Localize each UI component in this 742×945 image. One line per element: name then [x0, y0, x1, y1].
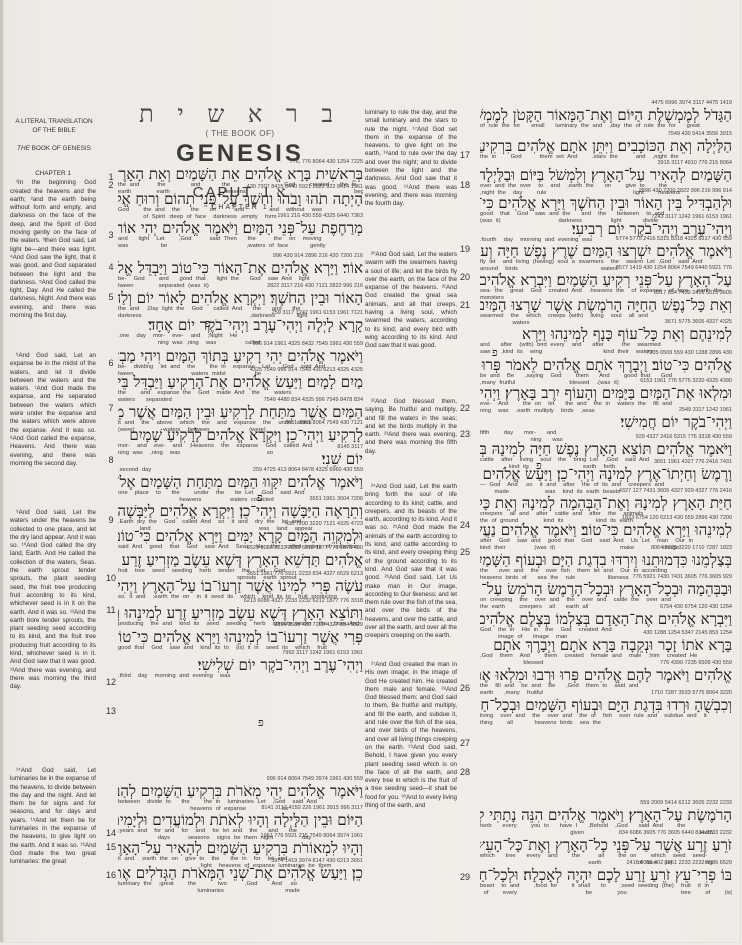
hebrew-text: אוֹר׃ וַיַּרְא אֱלֹהִים אֶת־הָאוֹר כִּי־…	[118, 260, 363, 276]
interlinear-row: 3974 1419 3974 8147 430 6213 3651כֵן׃ וַ…	[118, 858, 363, 895]
strongs-numbers: 776 4390 7235 6509 430 559	[480, 660, 732, 667]
strongs-numbers: 1961 776 5921 215 7549 8064 3974 1961	[118, 833, 363, 840]
hebrew-text: וַיֹּאמֶר אֱלֹהִים יְהִי רָקִיעַ בְּתוֹך…	[118, 348, 363, 364]
strongs-numbers: 8145 3117	[118, 444, 363, 451]
strongs-numbers: 8064 5775 3220 1710 7287 1823	[480, 545, 732, 552]
english-paragraph-4: ¹⁴And God said, Let luminaries be in the…	[10, 767, 96, 867]
translation-header-line1: A LITERAL TRANSLATION	[10, 117, 98, 126]
english-paragraph-3: ⁹And God said, Let the waters under the …	[10, 509, 96, 692]
hebrew-text: אֱלֹהִים תַּדְשֵׁא הָאָרֶץ דֶּשֶׁא עֵשֶׂ…	[118, 552, 363, 568]
hebrew-text: וּמִלְאוּ אֶת־הַמַּיִם בַּיַּמִּים וְהָע…	[480, 385, 732, 401]
hebrew-text: הָרֹמֶשֶׂת עַל־הָאָרֶץ׃ וַיֹּאמֶר אֱלֹהִ…	[480, 807, 732, 823]
english-text: ⁹And God said, Let the waters under the …	[10, 509, 96, 692]
verse-number: 14	[104, 828, 118, 838]
strongs-numbers: 5774 5775 2416 5315 8318 4325 8317 430 5…	[480, 236, 732, 243]
strongs-numbers: 996 914 8064 7549 3974 1961 430 559	[118, 776, 363, 783]
verse-number: 12	[104, 677, 118, 687]
strongs-numbers: 1710 7287 3533 5775 8064 3220	[480, 690, 732, 697]
hebrew-text: בְּרֵאשִׁית בָּרָא אֱלֹהִים אֵת הַשָּׁמַ…	[118, 166, 363, 182]
strongs-numbers: 929 4327 2416 5315 776 3318 430 559	[480, 434, 732, 441]
strongs-numbers: 259 3117 1242 1961 6153 1961 7121	[118, 310, 363, 317]
english-paragraph-1: CHAPTER 1 ¹In the beginning God created …	[10, 170, 96, 320]
strongs-numbers: 430 7307 8415 6440 5921 2822 922 8414 19…	[118, 184, 363, 191]
verse-number: 3	[104, 230, 118, 240]
strongs-numbers: 259 4725 413 8064 8478 4325 6960 430 559	[118, 467, 363, 474]
verse-number: 22	[458, 403, 472, 413]
hebrew-text: חַיַּת הָאָרֶץ לְמִינָהּ וְאֶת־הַבְּהֵמָ…	[480, 495, 732, 511]
translation-header-line2: OF THE BIBLE	[10, 126, 98, 135]
hebrew-text: הַגָּדֹל לְמֶמְשֶׁלֶת הַיּוֹם וְאֶת־הַמָ…	[480, 107, 732, 123]
strongs-numbers: 7549 4480 834 4325 996 7549 8478 834	[118, 397, 363, 404]
hebrew-text: מְרַחֶפֶת עַל־פְּנֵי הַמָּיִם׃ וַיֹּאמֶר…	[118, 220, 363, 236]
hebrew-text: וַיְהִי־עֶרֶב וַיְהִי־בֹקֶר יוֹם רְבִיעִ…	[480, 221, 732, 237]
verse-number: 24	[458, 520, 472, 530]
hebrew-text: בְּצַלְמֵנוּ כִּדְמוּתֵנוּ וְיִרְדּוּ בִ…	[480, 552, 732, 568]
verse-number: 29	[458, 872, 472, 882]
interlinear-row: 7992 3117 1242 1961 6153 1961וַיְהִי־עֶר…	[118, 650, 363, 687]
hebrew-text: יוֹם שֵׁנִי׃	[118, 451, 363, 467]
english-paragraph-7: ²²And God blessed them, saying, Be fruit…	[365, 398, 457, 456]
verse-number: 23	[458, 429, 472, 439]
hebrew-text: עֹשֶׂה פְּרִי לְמִינוֹ אֲשֶׁר זַרְעוֹ־בו…	[118, 578, 363, 594]
english-text: luminary to rule the day, and the small …	[365, 109, 457, 209]
verse-number: 15	[104, 842, 118, 852]
hebrew-text: הַמַּיִם אֲשֶׁר מִתַּחַת לָרָקִיעַ וּבֵי…	[118, 404, 363, 420]
book-page: A LITERAL TRANSLATION OF THE BIBLE THE B…	[0, 0, 741, 943]
hebrew-text: הַיּוֹם וּבֵין הַלָּיְלָה וְהָיוּ לְאֹתֹ…	[118, 812, 363, 828]
hebrew-text: הָאוֹר וּבֵין הַחֹשֶׁךְ׃ וַיִּקְרָא אֱלֹ…	[118, 290, 363, 306]
hebrew-text: בּוֹ פְרִי־עֵץ זֹרֵעַ זָרַע לָכֶם יִהְיֶ…	[480, 867, 732, 883]
verse-number: 13	[104, 706, 118, 716]
hebrew-text: קָרָא לָיְלָה וַיְהִי־עֶרֶב וַיְהִי־בֹקֶ…	[118, 317, 363, 333]
strongs-numbers: 834 6086 3605 776 3605 6440 834 2233 223…	[480, 830, 732, 837]
english-paragraph-6: ²⁰And God said, Let the waters swarm wit…	[365, 251, 457, 351]
strongs-numbers: 2896 3588 430 7200 4327 834 6529	[118, 622, 363, 629]
strongs-numbers: 7243 3117 1242 1961 6153 1961	[480, 214, 732, 221]
page-binding	[0, 0, 3, 942]
hebrew-text: וּלְמִקְוֵה הַמַּיִם קָרָא יַמִּים וַיַּ…	[118, 528, 363, 544]
hebrew-text: כֵן׃ וַיַּעַשׂ אֱלֹהִים אֶת־שְׁנֵי הַמְּ…	[118, 865, 363, 881]
strongs-numbers: 8317 834 7430 2416 5315 3605	[480, 290, 732, 297]
english-paragraph-5: luminary to rule the day, and the small …	[365, 109, 457, 209]
hebrew-text: וְכִבְשֻׁהָ וּרְדוּ בִּדְגַת הַיָּם וּבְ…	[480, 697, 732, 713]
english-text: ¹In the beginning God created the heaven…	[10, 179, 96, 320]
hebrew-text: אֱלֹהִים וַיֹּאמֶר לָהֶם אֱלֹהִים פְּרוּ…	[480, 667, 732, 683]
strongs-numbers: 7549 430 5414 3556 3915	[480, 131, 732, 138]
interlinear-gloss: .third day morning and evening was	[118, 673, 363, 687]
hebrew-text: וַיֹּאמֶר אֱלֹהִים יִשְׁרְצוּ הַמַּיִם ש…	[480, 243, 732, 259]
strongs-numbers: 776 5921 7430 7431 3605 776 3605 929	[480, 574, 732, 581]
strongs-numbers: 3974 1419 3974 8147 430 6213 3651	[118, 858, 363, 865]
strongs-numbers: 6529 6086 2233 2232 6212 1877 776 1876 4…	[118, 545, 363, 552]
english-text: ¹⁴And God said, Let luminaries be in the…	[10, 767, 96, 867]
strongs-numbers: 2822 3117 216 430 7121 2822 996 216	[118, 283, 363, 290]
verse-number: 10	[104, 573, 118, 583]
strongs-numbers: 3671 5775 3605 4327 4325	[480, 319, 732, 326]
strongs-numbers: 559 2009 5414 6212 3605 2232 2233	[480, 800, 732, 807]
strongs-numbers: 2416 6086 402 1961 2233 2232 6086 6529	[480, 860, 732, 867]
translation-header: A LITERAL TRANSLATION OF THE BIBLE	[10, 117, 98, 135]
strongs-numbers: 1823 6754 120 6213 430 559 2896 430 7200	[480, 515, 732, 522]
verse-number: 16	[104, 870, 118, 880]
verse-number: 5	[104, 292, 118, 302]
hebrew-text: הַשָּׁמַיִם לְהָאִיר עַל־הָאָרֶץ׃ וְלִמְ…	[480, 167, 732, 183]
paragraph-mark: פ	[257, 491, 263, 504]
strongs-numbers: 3651 1961 776 5921 2233 834 4327 6529 62…	[118, 571, 363, 578]
strongs-numbers: 8577 1419 430 1254 8064 7549 6440 5921 7…	[480, 265, 732, 272]
interlinear-row: 2416 6086 402 1961 2233 2232 6086 6529בּ…	[480, 860, 732, 897]
verse-number: 28	[458, 767, 472, 777]
hebrew-text: וְאֵת כָּל־נֶפֶשׁ הַחַיָּה הָרֹמֶשֶׂת אֲ…	[480, 297, 732, 313]
strongs-numbers: 6153 1961 776 5775 3220 4325 4390	[480, 378, 732, 385]
verse-number: 27	[458, 738, 472, 748]
hebrew-text: לָרָקִיעַ וַיְהִי־כֵן׃ וַיִּקְרָא אֱלֹהִ…	[118, 427, 363, 443]
strongs-numbers: 776, 776 8064 430 1254 7225	[118, 159, 363, 166]
book-prefix: THE	[17, 145, 30, 152]
hebrew-text: וַיְהִי־עֶרֶב וַיְהִי־בֹקֶר יוֹם שְׁלִיש…	[118, 657, 363, 673]
verse-number: 25	[458, 547, 472, 557]
verse-number: 4	[104, 262, 118, 272]
hebrew-text: הָיְתָה תֹהוּ וָבֹהוּ וְחֹשֶׁךְ עַל־פְּנ…	[118, 191, 363, 207]
verse-number: 21	[458, 300, 472, 310]
hebrew-text: מַיִם לָמָיִם׃ וַיַּעַשׂ אֱלֹהִים אֶת־הָ…	[118, 374, 363, 390]
english-text: ⁶And God said, Let an expanse be in the …	[10, 352, 96, 468]
hebrew-text: וְתֵרָאֶה הַיַּבָּשָׁה וַיְהִי־כֵן׃ וַיִ…	[118, 503, 363, 519]
interlinear-row: 1710 7287 3533 5775 8064 3220וְכִבְשֻׁהָ…	[480, 690, 732, 727]
hebrew-text: וָרֶמֶשׂ וְחַיְתוֹ־אֶרֶץ לְמִינָהּ וַיְה…	[480, 466, 732, 482]
strongs-numbers: 3651 1961 4327 776 2416 7431	[480, 459, 732, 466]
hebrew-text: לְמִינֵהֶם וְאֵת כָּל־עוֹף כָּנָף לְמִינ…	[480, 326, 732, 342]
hebrew-text: פְּרִי אֲשֶׁר זַרְעוֹ־בוֹ לְמִינֵהוּ וַי…	[118, 629, 363, 645]
verse-number: 7	[104, 403, 118, 413]
english-paragraph-8: ²⁴And God said, Let the earth bring fort…	[365, 483, 457, 641]
hebrew-text: וַיֹּאמֶר אֱלֹהִים תּוֹצֵא הָאָרֶץ נֶפֶש…	[480, 441, 732, 457]
strongs-numbers: 4327 127 7431 3605 4327 929 4327 776 241…	[480, 488, 732, 495]
strongs-numbers: 7235 6509 559 430 1288 2896 430	[480, 350, 732, 357]
hebrew-text: בָּרָא אֹתוֹ זָכָר וּנְקֵבָה בָּרָא אֹתָ…	[480, 637, 732, 653]
english-paragraph-9: ²⁷And God created the man in His own ima…	[365, 661, 457, 810]
english-text: ²²And God blessed them, saying, Be fruit…	[365, 398, 457, 456]
hebrew-text: וְהָיוּ לִמְאוֹרֹת בִּרְקִיעַ הַשָּׁמַיִ…	[118, 840, 363, 856]
strongs-numbers: 6754 430 6754 120 430 1254	[480, 604, 732, 611]
verse-number: 2	[104, 180, 118, 190]
strongs-numbers: 4325 7549 996 914 7549 430 6213 4325 432…	[118, 367, 363, 374]
hebrew-text: וּלְהַבְדִּיל בֵּין הָאוֹר וּבֵין הַחֹשֶ…	[480, 195, 732, 211]
interlinear-gloss: beast to and ,food for it shall to ;seed…	[480, 883, 732, 897]
verse-number: 17	[458, 150, 472, 160]
hebrew-text: וַיֹּאמֶר אֱלֹהִים יְהִי מְאֹרֹת בִּרְקִ…	[118, 783, 363, 799]
strongs-numbers: 3915 3117 4910 776 215 8064	[480, 160, 732, 167]
english-paragraph-2: ⁶And God said, Let an expanse be in the …	[10, 352, 96, 468]
paragraph-mark: פ	[258, 716, 264, 729]
verse-number: 8	[104, 455, 118, 465]
strongs-numbers: 2896 430 7200 2822 996 216 996 914	[480, 188, 732, 195]
paragraph-mark: פ	[492, 346, 498, 359]
strongs-numbers: 1961 216 430 559 4325 6440 7363	[118, 213, 363, 220]
english-text: ²⁷And God created the man in His own ima…	[365, 661, 457, 810]
book-rest: BOOK OF GENESIS	[30, 145, 91, 152]
hebrew-text: וּבַבְּהֵמָה וּבְכָל־הָאָרֶץ וּבְכָל־הָר…	[480, 581, 732, 597]
strongs-numbers: 2549 3117 1242 1961	[480, 407, 732, 414]
hebrew-text: וַתּוֹצֵא הָאָרֶץ דֶּשֶׁא עֵשֶׂב מַזְרִי…	[118, 605, 363, 621]
strongs-numbers: 4475 6996 3974 3117 4475 1419	[480, 100, 732, 107]
book-of-label: ( THE BOOK OF)	[120, 129, 360, 138]
verse-number: 20	[458, 272, 472, 282]
paragraph-mark: פ	[536, 459, 542, 472]
verse-number: 18	[458, 180, 472, 190]
interlinear-gloss: and light Let ,God said Then the the on …	[118, 236, 363, 250]
english-text: ²⁰And God said, Let the waters swarm wit…	[365, 251, 457, 351]
paragraph-mark: פ	[205, 317, 211, 330]
strongs-numbers: 3651 1961 8064 7549 430 7121	[118, 420, 363, 427]
verse-number: 11	[104, 605, 118, 615]
strongs-numbers: 430 7200 3220 7121 4325 4723	[118, 521, 363, 528]
interlinear-gloss: luminary the ;great the two ,God And .so…	[118, 881, 363, 895]
hebrew-text: וַיֹּאמֶר אֱלֹהִים יִקָּווּ הַמַּיִם מִת…	[118, 474, 363, 490]
interlinear-gloss: living over and the over and the of fish…	[480, 713, 732, 727]
strongs-numbers: 996 914 1961 4325 8432 7549 1961 430 559	[118, 341, 363, 348]
hebrew-text: הַלַּיְלָה וְאֵת הַכּוֹכָבִים׃ וַיִּתֵּן…	[480, 138, 732, 154]
english-chapter-heading: CHAPTER 1	[10, 170, 96, 178]
hebrew-text: וַיִּבְרָא אֱלֹהִים אֶת־הָאָדָם בְּצַלְמ…	[480, 611, 732, 627]
verse-number: 19	[458, 244, 472, 254]
verse-number: 26	[458, 683, 472, 693]
strongs-numbers: 430 1288 1254 5347 2145 853 1254	[480, 630, 732, 637]
strongs-numbers: 6213 6086 4327 2233 2232 6212 1877 776 3…	[118, 598, 363, 605]
interlinear-row: 1961 216 430 559 4325 6440 7363מְרַחֶפֶת…	[118, 213, 363, 250]
hebrew-title: ב ר א ש י ת	[120, 100, 360, 129]
strongs-numbers: 996 430 914 2896 216 430 7200 216	[118, 253, 363, 260]
verse-number: 6	[104, 358, 118, 368]
strongs-numbers: 7992 3117 1242 1961 6153 1961	[118, 650, 363, 657]
verse-number: 9	[104, 515, 118, 525]
english-text: ²⁴And God said, Let the earth bring fort…	[365, 483, 457, 641]
hebrew-text: אֱלֹהִים כִּי־טוֹב׃ וַיְבָרֶךְ אֹתָם אֱל…	[480, 357, 732, 373]
book-of-genesis-label: THE BOOK OF GENESIS	[10, 145, 98, 152]
strongs-numbers: 8141 3117 4150 226 1961 3915 996 3117	[118, 805, 363, 812]
hebrew-text: לְמִינֵהוּ וַיַּרְא אֱלֹהִים כִּי־טוֹב׃ …	[480, 522, 732, 538]
hebrew-text: עַל־הָאָרֶץ עַל־פְּנֵי רְקִיעַ הַשָּׁמַי…	[480, 272, 732, 288]
hebrew-text: וַיְהִי־בֹקֶר יוֹם חֲמִישִׁי׃	[480, 414, 732, 430]
hebrew-text: זֹרֵעַ זֶרַע אֲשֶׁר עַל־פְּנֵי כָל־הָאָר…	[480, 837, 732, 853]
strongs-numbers: 3651 1961 3004 7200	[118, 496, 363, 503]
